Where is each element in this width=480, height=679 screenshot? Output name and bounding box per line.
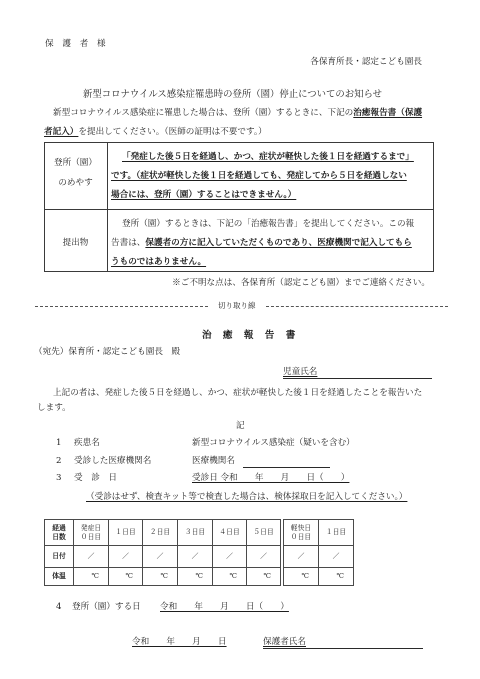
intro-text: 新型コロナウイルス感染症に罹患した場合は、登所（園）するときに、下記の [53, 108, 353, 118]
header-text: 経過 [52, 524, 66, 532]
date-cell: ／ [109, 546, 143, 568]
header-text: 日数 [52, 533, 66, 541]
date-cell: ／ [284, 546, 319, 568]
item-1-label: 疾患名 [74, 437, 100, 449]
day-header-1: １日目 [109, 520, 143, 546]
temperature-cell: ℃ [247, 568, 281, 586]
header-text: 軽快日 [291, 524, 311, 532]
submission-emphasis: 保護者の方に記入していただくものであり、医療機関で記入してもら [145, 238, 411, 248]
item-3-value: 受診日 令和 年 月 日（ ） [192, 472, 349, 484]
intro-emphasis: 治癒報告書（保護 [353, 108, 422, 118]
guideline-label-line-2: のめやす [44, 177, 107, 189]
temperature-cell: ℃ [143, 568, 178, 586]
notice-intro-line-2: 者記入）を提出してください。（医師の証明は不要です。） [44, 126, 267, 138]
item-1-number: 1 [56, 437, 61, 449]
submission-text-line-1: 登所（園）するときは、下記の「治癒報告書」を提出してください。この報 [122, 218, 414, 230]
submission-text-line-3: うものではありません。 [111, 256, 206, 268]
signature-date: 令和 年 月 日 [132, 636, 227, 648]
notice-title: 新型コロナウイルス感染症罹患時の登所（園）停止についてのお知らせ [83, 89, 382, 101]
temperature-cell: ℃ [178, 568, 213, 586]
day-header-recovery-1: １日目 [319, 520, 354, 546]
item-2-label: 受診した医療機関名 [74, 455, 151, 467]
report-statement-line-1: 上記の者は、発症した後５日を経過し、かつ、症状が軽快した後１日を経過したことを報… [53, 387, 422, 399]
item-4-number: 4 [56, 601, 61, 613]
onset-temperature-table: 経過 日数 発症日 ０日目 １日目 ２日目 ３日目 ４日目 ５日目 日付 ／ ／… [44, 519, 281, 586]
elapsed-days-header: 経過 日数 [45, 520, 74, 546]
item-2-number: 2 [56, 455, 61, 467]
guardian-name-field: 保護者氏名 [263, 636, 423, 649]
table-row-divider [45, 209, 433, 210]
item-4-value: 令和 年 月 日（ ） [160, 601, 289, 613]
temperature-cell: ℃ [319, 568, 354, 586]
sender-directors: 各保育所長・認定こども園長 [310, 56, 422, 68]
child-name-field: 児童氏名 [283, 366, 432, 379]
child-name-label: 児童氏名 [283, 367, 317, 377]
day-header-recovery: 軽快日 ０日目 [284, 520, 319, 546]
exam-note: （受診はせず、検査キット等で検査した場合は、検体採取日を記入してください。） [86, 491, 407, 503]
report-addressee: （宛先）保育所・認定こども園長 殿 [34, 346, 180, 358]
temperature-row-label: 体温 [45, 568, 74, 586]
table-column-divider [107, 143, 108, 271]
cut-line-label: 切り取り線 [218, 300, 256, 312]
day-header-4: ４日目 [213, 520, 247, 546]
date-cell: ／ [213, 546, 247, 568]
day-header-3: ３日目 [178, 520, 213, 546]
guideline-text-line-2: です。（症状が軽快した後１日を経過しても、発症してから５日を経過しない [111, 170, 407, 182]
date-cell: ／ [143, 546, 178, 568]
guideline-text-line-3: 場合には、登所（園）することはできません。） [111, 189, 296, 201]
intro-emphasis: 者記入） [44, 127, 78, 137]
date-cell: ／ [247, 546, 281, 568]
cut-line-left [35, 306, 208, 307]
date-cell: ／ [178, 546, 213, 568]
item-3-label: 受 診 日 [74, 472, 117, 484]
ki-heading: 記 [236, 420, 245, 432]
temperature-cell: ℃ [213, 568, 247, 586]
item-4-label: 登所（園）する日 [72, 601, 141, 613]
item-1-value: 新型コロナウイルス感染症（疑いを含む） [192, 437, 355, 449]
date-row-label: 日付 [45, 546, 74, 568]
day-header-2: ２日目 [143, 520, 178, 546]
temperature-cell: ℃ [109, 568, 143, 586]
header-text: ０日目 [291, 533, 311, 541]
medical-institution-blank [243, 455, 330, 468]
day-header-onset: 発症日 ０日目 [74, 520, 109, 546]
report-statement-line-2: します。 [37, 402, 71, 414]
temperature-cell: ℃ [74, 568, 109, 586]
date-cell: ／ [74, 546, 109, 568]
submission-text-line-2: 告書は、保護者の方に記入していただくものであり、医療機関で記入してもら [111, 237, 412, 249]
notice-intro-line-1: 新型コロナウイルス感染症に罹患した場合は、登所（園）するときに、下記の治癒報告書… [53, 107, 422, 119]
guardian-name-label: 保護者氏名 [263, 637, 306, 647]
guideline-label-line-1: 登所（園） [44, 157, 107, 169]
contact-footnote: ※ご不明な点は、各保育所（認定こども園）までご連絡ください。 [172, 277, 430, 289]
submission-label: 提出物 [44, 237, 107, 249]
report-title: 治 癒 報 告 書 [202, 330, 299, 342]
recovery-temperature-table: 軽快日 ０日目 １日目 ／ ／ ℃ ℃ [283, 519, 354, 586]
header-text: ０日目 [81, 533, 101, 541]
addressee-guardians: 保 護 者 様 [45, 38, 109, 50]
date-cell: ／ [319, 546, 354, 568]
item-3-number: 3 [56, 472, 61, 484]
intro-text: を提出してください。（医師の証明は不要です。） [78, 127, 266, 137]
header-text: 発症日 [81, 524, 101, 532]
submission-text: 告書は、 [111, 238, 145, 248]
guideline-text-line-1: 「発症した後５日を経過し、かつ、症状が軽快した後１日を経過するまで」 [122, 151, 414, 163]
temperature-cell: ℃ [284, 568, 319, 586]
cut-line-right [266, 306, 448, 307]
day-header-5: ５日目 [247, 520, 281, 546]
item-2-value: 医療機関名 [192, 455, 235, 467]
